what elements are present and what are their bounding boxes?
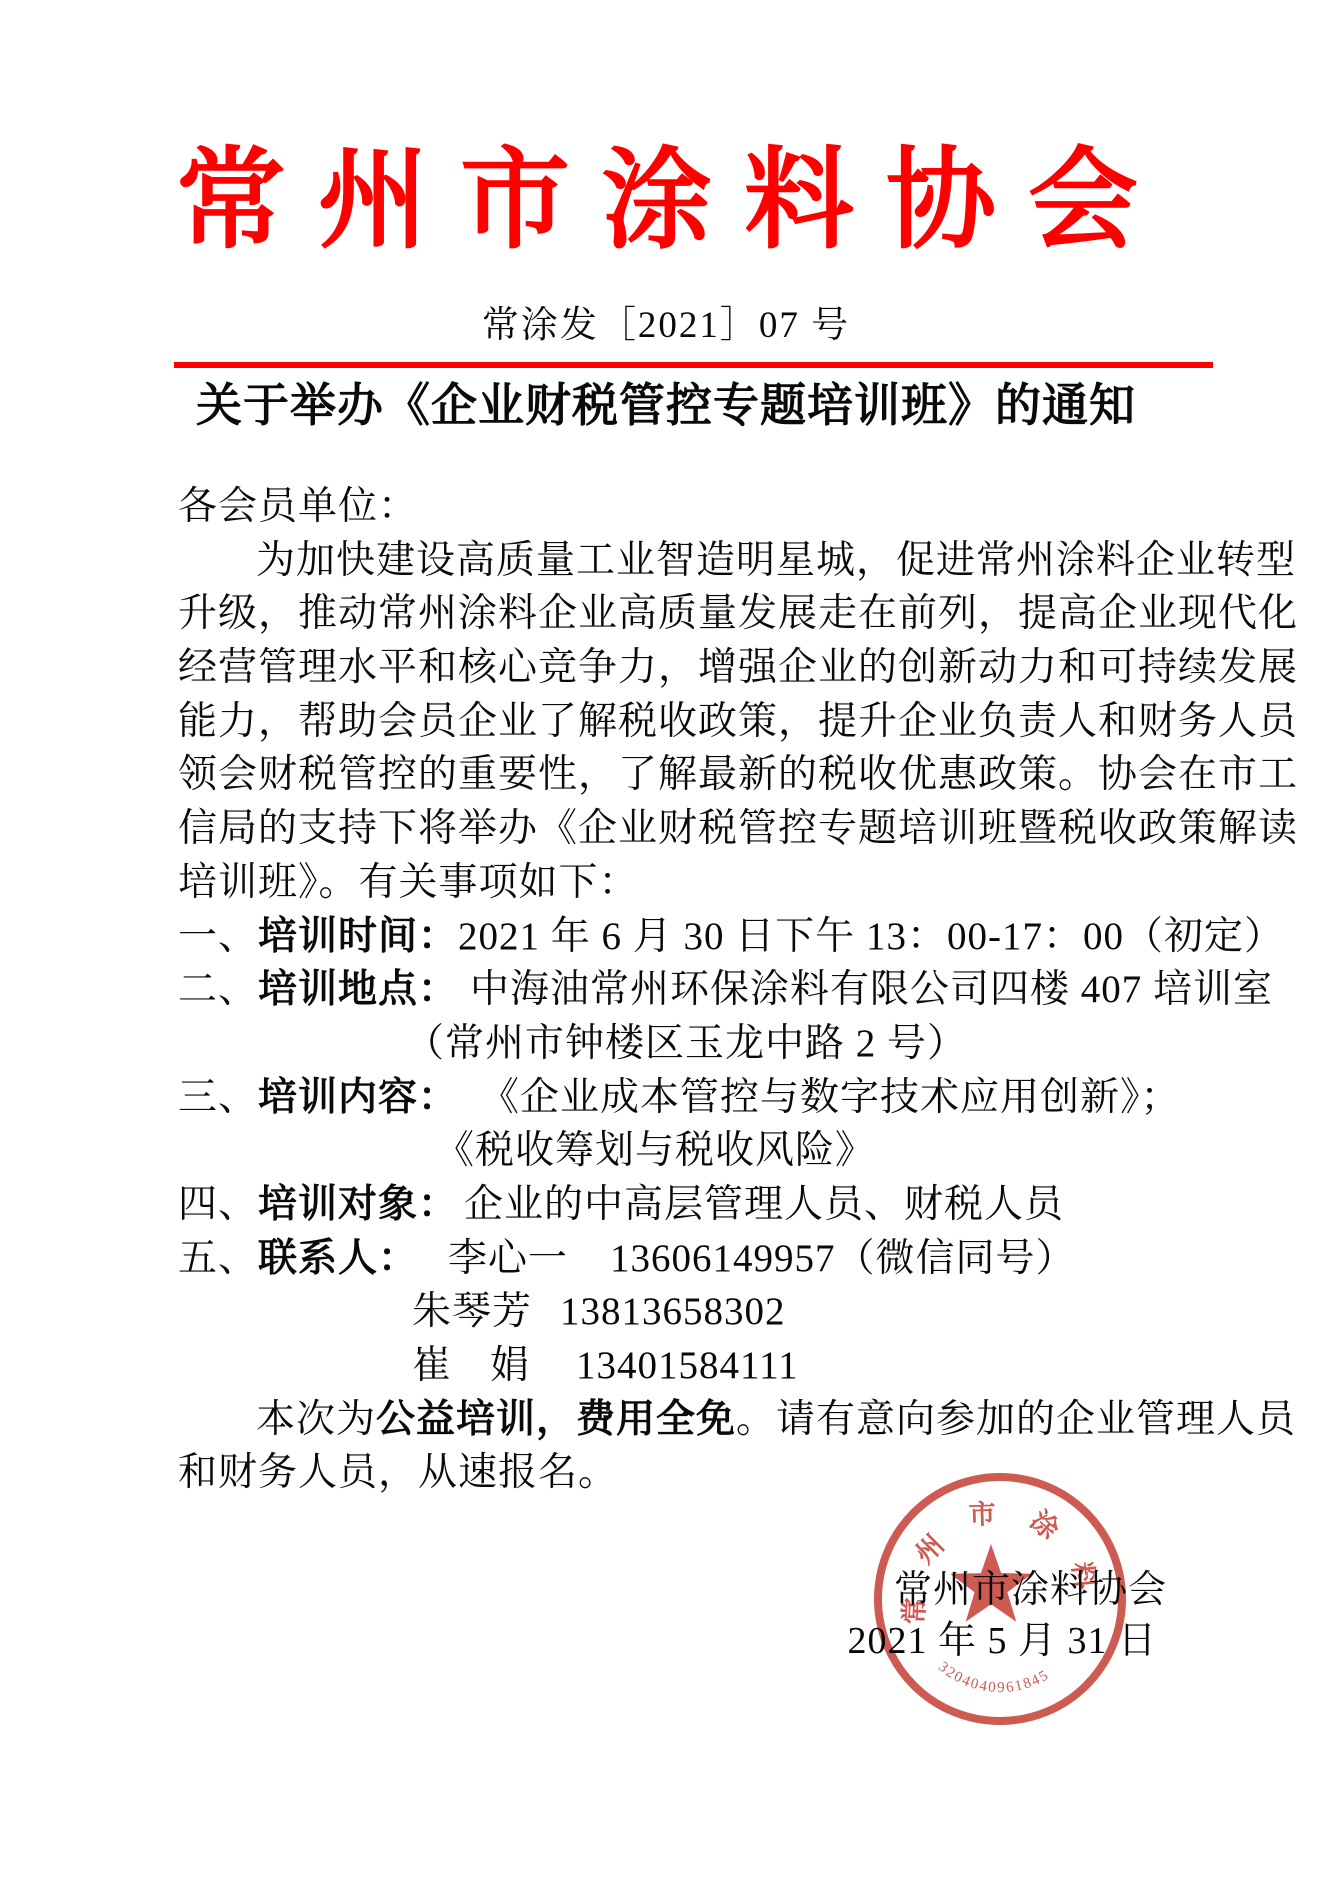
text-run: 本次为 — [256, 1393, 376, 1447]
text-run: （常州市钟楼区玉龙中路 2 号） — [405, 1017, 967, 1071]
bold-text-run: 培训时间： — [258, 910, 458, 964]
text-run: 经营管理水平和核心竞争力，增强企业的创新动力和可持续发展 — [178, 641, 1298, 695]
bold-text-run: 联系人： — [258, 1232, 418, 1286]
doc-line: 能力，帮助会员企业了解税收政策，提升企业负责人和财务人员 — [178, 695, 1198, 749]
text-run: 13606149957（微信同号） — [610, 1232, 1076, 1286]
text-run: 五、 — [178, 1232, 258, 1286]
doc-body: 各会员单位：为加快建设高质量工业智造明星城，促进常州涂料企业转型升级，推动常州涂… — [0, 480, 1198, 1500]
text-run: 《税收筹划与税收风险》 — [435, 1124, 875, 1178]
text-run: 一、 — [178, 910, 258, 964]
text-run: 培训班》。有关事项如下： — [178, 856, 639, 910]
text-run: 13813658302 — [560, 1285, 786, 1339]
text-run: 能力，帮助会员企业了解税收政策，提升企业负责人和财务人员 — [178, 695, 1298, 749]
doc-line: 本次为公益培训，费用全免。请有意向参加的企业管理人员 — [178, 1393, 1198, 1447]
text-run: 四、 — [178, 1178, 258, 1232]
doc-line: 培训班》。有关事项如下： — [178, 856, 1198, 910]
text-run: 中海油常州环保涂料有限公司四楼 407 培训室 — [470, 963, 1273, 1017]
text-run: 崔 — [412, 1339, 452, 1393]
notice-title: 关于举办《企业财税管控专题培训班》的通知 — [0, 380, 1332, 432]
doc-line: 四、培训对象：企业的中高层管理人员、财税人员 — [178, 1178, 1198, 1232]
doc-line: 朱琴芳13813658302 — [178, 1285, 1198, 1339]
doc-line: 《税收筹划与税收风险》 — [178, 1124, 1198, 1178]
org-title: 常州市涂料协会 — [0, 0, 1332, 260]
doc-line: 各会员单位： — [178, 480, 1198, 534]
doc-line: 五、联系人：李心一13606149957（微信同号） — [178, 1232, 1198, 1286]
text-run: 企业的中高层管理人员、财税人员 — [464, 1178, 1064, 1232]
bold-text-run: 培训内容： — [258, 1071, 458, 1125]
doc-line: 二、培训地点：中海油常州环保涂料有限公司四楼 407 培训室 — [178, 963, 1198, 1017]
bold-text-run: 公益培训，费用全免 — [376, 1393, 736, 1447]
text-run: 为加快建设高质量工业智造明星城，促进常州涂料企业转型 — [256, 534, 1296, 588]
doc-line: （常州市钟楼区玉龙中路 2 号） — [178, 1017, 1198, 1071]
text-run: 三、 — [178, 1071, 258, 1125]
text-run: 娟 — [490, 1339, 530, 1393]
text-run: 。请有意向参加的企业管理人员 — [736, 1393, 1296, 1447]
text-run: 《企业成本管控与数字技术应用创新》； — [480, 1071, 1181, 1125]
text-run: 升级，推动常州涂料企业高质量发展走在前列，提高企业现代化 — [178, 587, 1298, 641]
document-page: 常州市涂料协会 常涂发［2021］07 号 关于举办《企业财税管控专题培训班》的… — [0, 0, 1332, 1883]
text-run: 各会员单位： — [178, 480, 418, 534]
doc-line: 三、培训内容：《企业成本管控与数字技术应用创新》； — [178, 1071, 1198, 1125]
bold-text-run: 培训对象： — [258, 1178, 458, 1232]
doc-line: 升级，推动常州涂料企业高质量发展走在前列，提高企业现代化 — [178, 587, 1198, 641]
text-run: 朱琴芳 — [412, 1285, 532, 1339]
text-run: 李心一 — [448, 1232, 568, 1286]
doc-line: 为加快建设高质量工业智造明星城，促进常州涂料企业转型 — [178, 534, 1198, 588]
signature-date: 2021 年 5 月 31 日 — [847, 1614, 1157, 1668]
doc-line: 领会财税管控的重要性，了解最新的税收优惠政策。协会在市工 — [178, 748, 1198, 802]
doc-line: 一、培训时间：2021 年 6 月 30 日下午 13：00-17：00（初定） — [178, 910, 1198, 964]
text-run: 13401584111 — [576, 1339, 799, 1393]
text-run: 领会财税管控的重要性，了解最新的税收优惠政策。协会在市工 — [178, 748, 1298, 802]
bold-text-run: 培训地点： — [258, 963, 458, 1017]
doc-line: 崔娟13401584111 — [178, 1339, 1198, 1393]
text-run: 2021 年 6 月 30 日下午 13：00-17：00（初定） — [458, 910, 1284, 964]
doc-number: 常涂发［2021］07 号 — [0, 304, 1332, 348]
text-run: 和财务人员，从速报名。 — [178, 1446, 618, 1500]
doc-line: 信局的支持下将举办《企业财税管控专题培训班暨税收政策解读 — [178, 802, 1198, 856]
red-divider — [174, 362, 1213, 368]
text-run: 二、 — [178, 963, 258, 1017]
signature-org: 常州市涂料协会 — [894, 1563, 1167, 1617]
doc-line: 经营管理水平和核心竞争力，增强企业的创新动力和可持续发展 — [178, 641, 1198, 695]
text-run: 信局的支持下将举办《企业财税管控专题培训班暨税收政策解读 — [178, 802, 1298, 856]
